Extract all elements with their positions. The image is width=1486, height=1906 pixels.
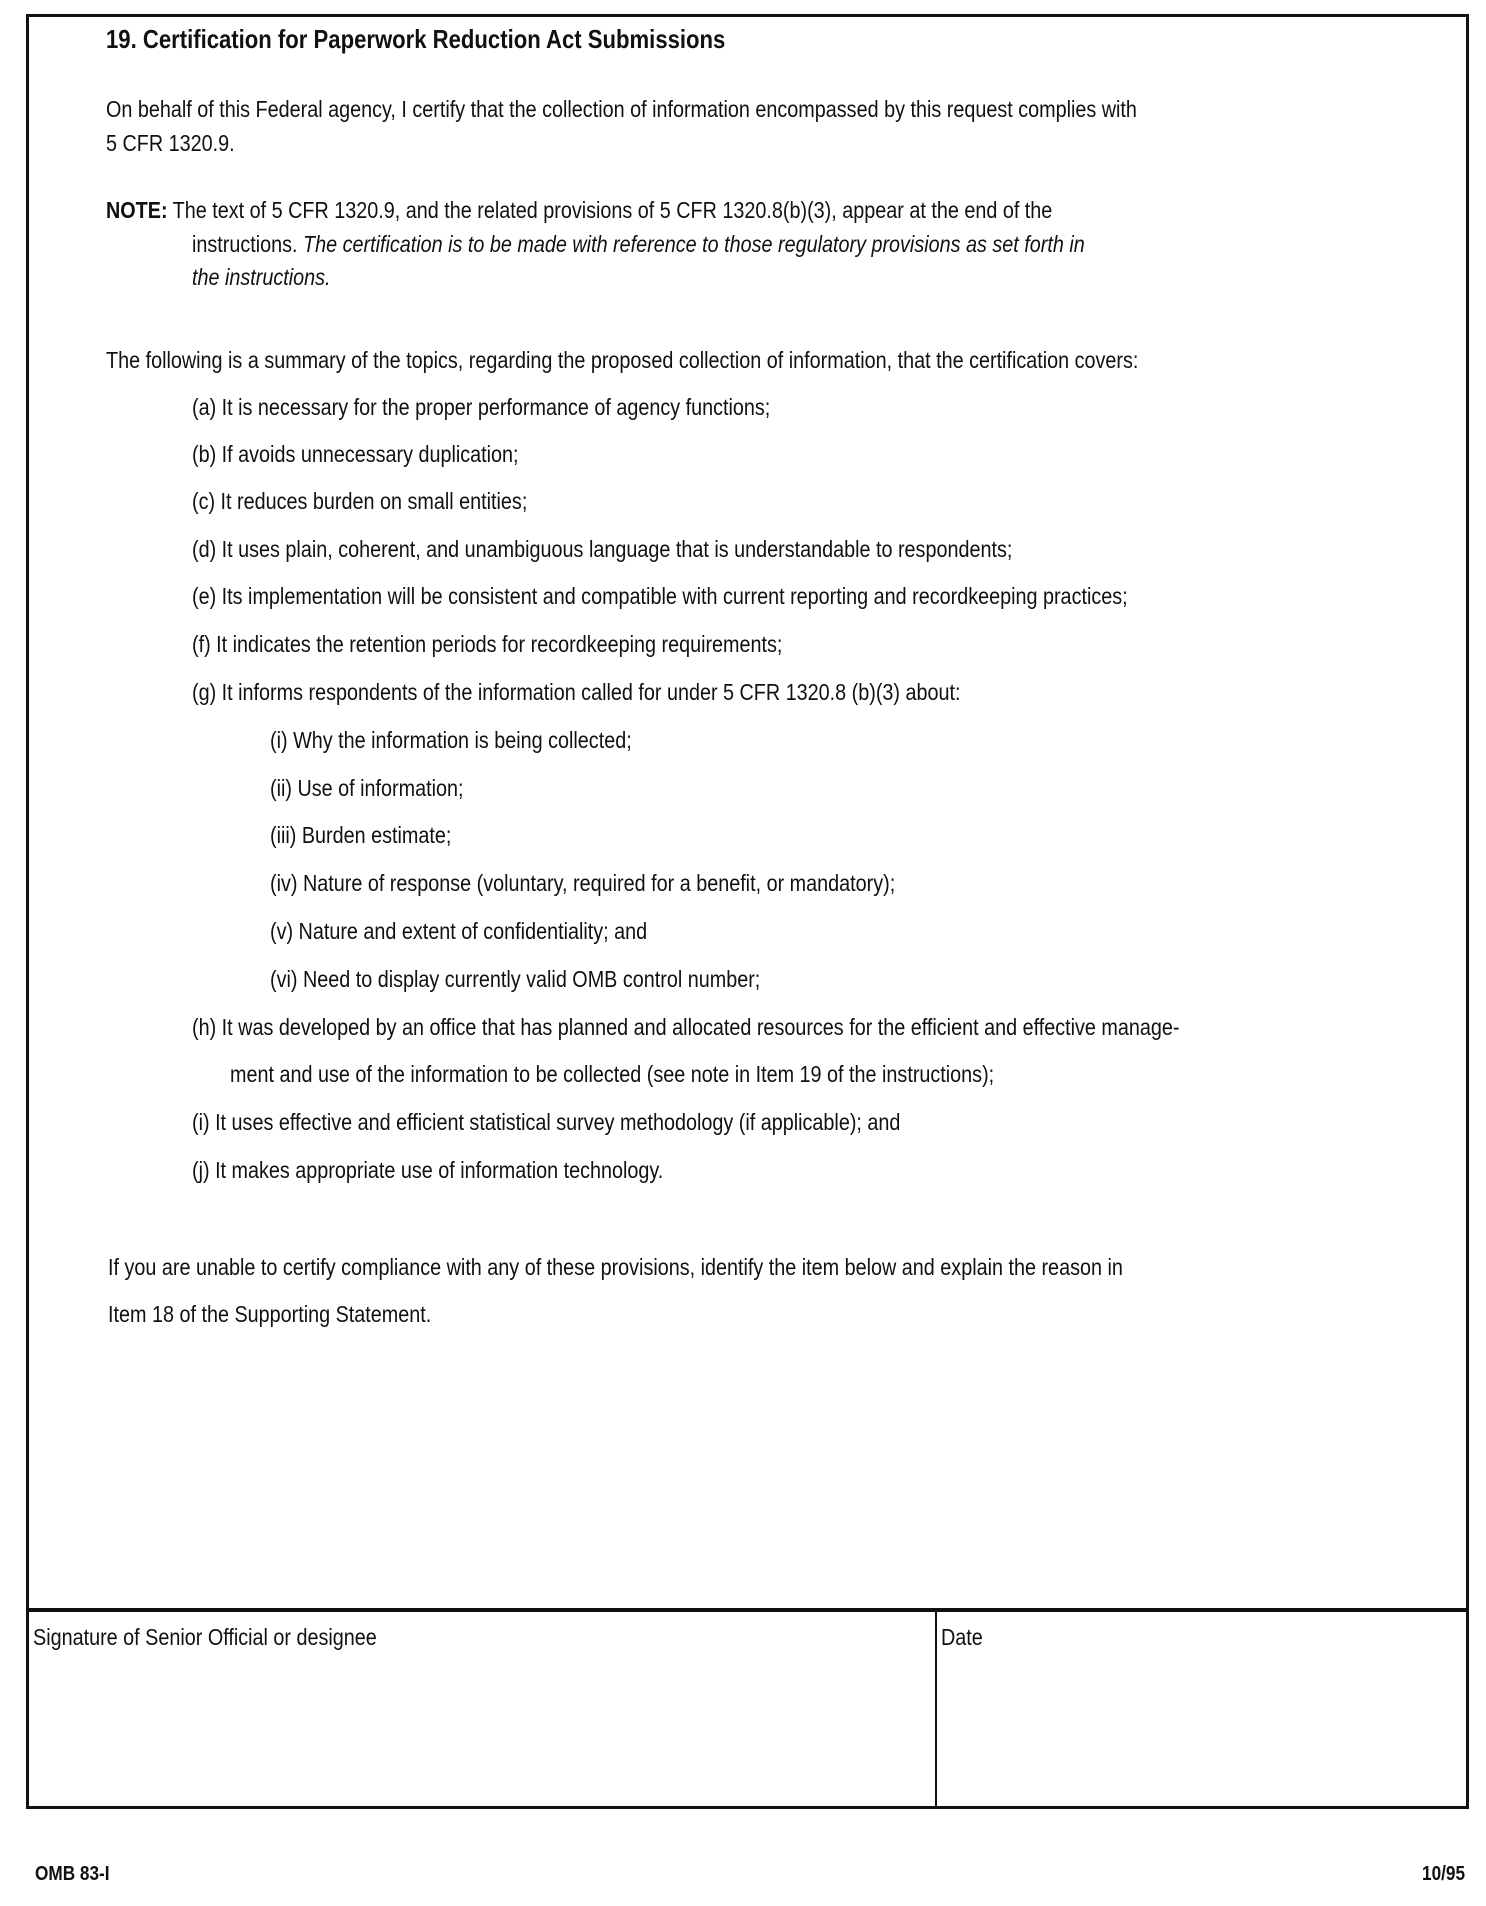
topic-d: (d) It uses plain, coherent, and unambig… [192,538,1012,561]
note-label: NOTE: [106,197,168,223]
topic-h: (h) It was developed by an office that h… [192,1016,1179,1039]
exception-statement-line-2: Item 18 of the Supporting Statement. [108,1303,431,1326]
topic-f: (f) It indicates the retention periods f… [192,633,782,656]
topic-b: (b) If avoids unnecessary duplication; [192,443,519,466]
signature-field[interactable] [31,1655,931,1803]
note-line-2: instructions. The certification is to be… [192,233,1085,256]
note-line-3: the instructions. [192,266,331,289]
note-italic-2: The certification is to be made with ref… [303,231,1085,257]
exception-statement-line-1: If you are unable to certify compliance … [108,1256,1123,1279]
topic-e: (e) Its implementation will be consisten… [192,585,1128,608]
signature-label: Signature of Senior Official or designee [33,1626,377,1649]
signature-date-divider [935,1610,937,1808]
section-title: 19. Certification for Paperwork Reductio… [106,26,725,52]
date-label: Date [941,1626,983,1649]
note-line-1: NOTE: The text of 5 CFR 1320.9, and the … [106,199,1052,222]
topic-j: (j) It makes appropriate use of informat… [192,1159,663,1182]
topic-a: (a) It is necessary for the proper perfo… [192,396,770,419]
note-text-2: instructions. [192,231,303,257]
subtopic-i: (i) Why the information is being collect… [270,729,632,752]
revision-date: 10/95 [1422,1864,1465,1884]
subtopic-iv: (iv) Nature of response (voluntary, requ… [270,872,895,895]
summary-intro: The following is a summary of the topics… [106,349,1138,372]
topic-h-continued: ment and use of the information to be co… [230,1063,994,1086]
topic-g: (g) It informs respondents of the inform… [192,681,961,704]
topic-i: (i) It uses effective and efficient stat… [192,1111,900,1134]
certify-statement-line-2: 5 CFR 1320.9. [106,132,235,155]
form-number: OMB 83-I [35,1864,110,1884]
subtopic-vi: (vi) Need to display currently valid OMB… [270,968,760,991]
subtopic-ii: (ii) Use of information; [270,777,463,800]
subtopic-iii: (iii) Burden estimate; [270,824,451,847]
subtopic-v: (v) Nature and extent of confidentiality… [270,920,647,943]
certify-statement-line-1: On behalf of this Federal agency, I cert… [106,98,1137,121]
date-field[interactable] [940,1655,1464,1803]
topic-c: (c) It reduces burden on small entities; [192,490,527,513]
note-text-1: The text of 5 CFR 1320.9, and the relate… [168,197,1053,223]
